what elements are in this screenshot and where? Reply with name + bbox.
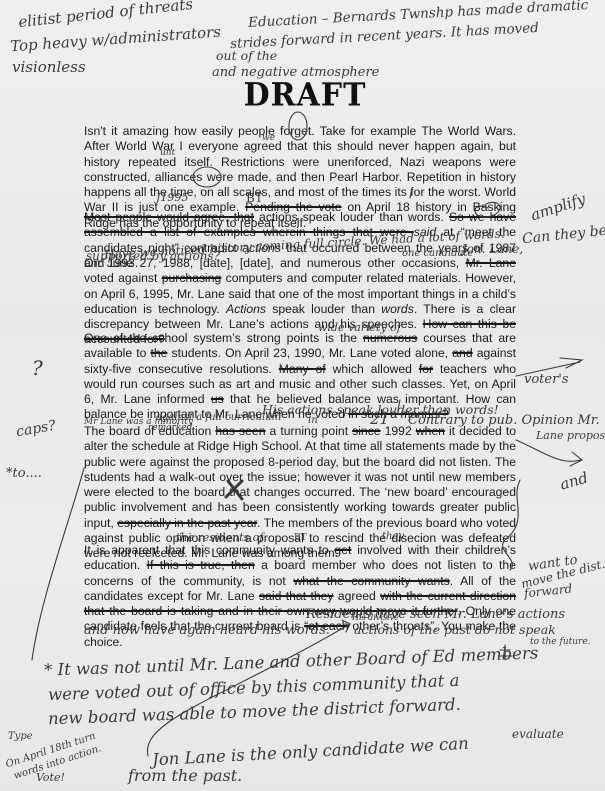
note-p2-year: J1995 [156, 192, 188, 203]
note-p6-below-4: actions of the past do not speak [354, 624, 556, 637]
note-left-to: *to.... [6, 467, 42, 480]
text-run: speak louder than [266, 302, 381, 316]
text-run: voted against [84, 271, 162, 285]
struck-text: what the community wants [293, 574, 449, 588]
text-run: agreed [334, 589, 381, 603]
note-top-left-3: visionless [12, 60, 86, 75]
note-p2-below-2: supported by actions? [86, 250, 220, 262]
struck-text: for [419, 362, 433, 376]
emphasized-text: words [381, 302, 414, 316]
text-run: actions speak louder than words. [254, 210, 449, 224]
struck-text: the [150, 346, 167, 360]
struck-text: especially in the past year [117, 516, 257, 530]
note-p6-forward: forward [524, 583, 573, 600]
note-bottom-left-1: Type [8, 732, 33, 742]
struck-text: us [211, 392, 224, 406]
note-closing-evaluate: evaluate [512, 728, 564, 740]
text-run: it decided to alter the schedule at Ridg… [84, 424, 516, 530]
note-p5-21: 21 [370, 412, 389, 427]
document-title: DRAFT [240, 77, 370, 114]
scanned-page: elitist period of threats Top heavy w/ad… [0, 0, 605, 791]
note-p5-lane-propose: Lane propose [536, 430, 605, 441]
note-p6-below-5: to the future. [530, 638, 591, 647]
note-p2-below-3: one candidate [402, 249, 473, 259]
note-p6-they: they [382, 532, 404, 542]
struck-text: has seen [215, 424, 265, 438]
struck-text: purchasing [162, 271, 222, 285]
note-bottom-1: * It was not until Mr. Lane and other Bo… [44, 645, 539, 679]
note-p4-wide-variety: wide variety of [318, 322, 401, 333]
emphasized-text: Actions [226, 302, 266, 316]
note-closing-2: from the past. [128, 768, 242, 784]
note-p5-in: in [308, 416, 318, 426]
note-left-question: ? [32, 358, 43, 378]
struck-text: Many of [279, 362, 326, 376]
note-p6-below-3: His divisive [352, 614, 399, 622]
note-p1-we: we [262, 134, 275, 143]
note-closing-1: Jon Lane is the only candidate we can [152, 736, 469, 769]
text-run: It is apparent that this community wants… [84, 543, 334, 557]
struck-text: Most people would agree, that [84, 210, 254, 224]
note-p5-and: and [558, 470, 589, 492]
note-bottom-left-4: Vote! [36, 772, 65, 783]
note-top-left-2: Top heavy w/administrators [10, 25, 222, 55]
note-p4-voters: voter's [524, 373, 569, 386]
note-top-center-3: out of the [216, 50, 277, 63]
note-p6-below-2: and now have again heard his words. [84, 624, 330, 637]
note-p2-can-they: Can they be [522, 224, 605, 247]
note-p6-residents: the residents of [176, 532, 263, 543]
text-run: which allowed [326, 362, 419, 376]
struck-text: If this is true, then [147, 558, 255, 572]
note-p1-unt: unt [160, 149, 175, 158]
struck-text: get [334, 543, 351, 557]
note-p6-below-1: Residents have seen Mr. Lane's actions [306, 608, 565, 621]
note-p5-remarked: remarked [148, 424, 192, 433]
note-left-caps: caps? [15, 419, 57, 440]
note-p2-amplify: amplify [529, 192, 587, 224]
note-p6-bt: BT [294, 534, 307, 543]
text-run: students. On April 23, 1990, Mr. Lane vo… [167, 346, 452, 360]
note-p5-contrary: Contrary to pub. Opinion Mr. [408, 414, 600, 427]
note-p2-bt: BT [246, 192, 263, 204]
text-run: a turning point [265, 424, 352, 438]
struck-text: and [452, 346, 472, 360]
struck-text: said that they [259, 589, 333, 603]
